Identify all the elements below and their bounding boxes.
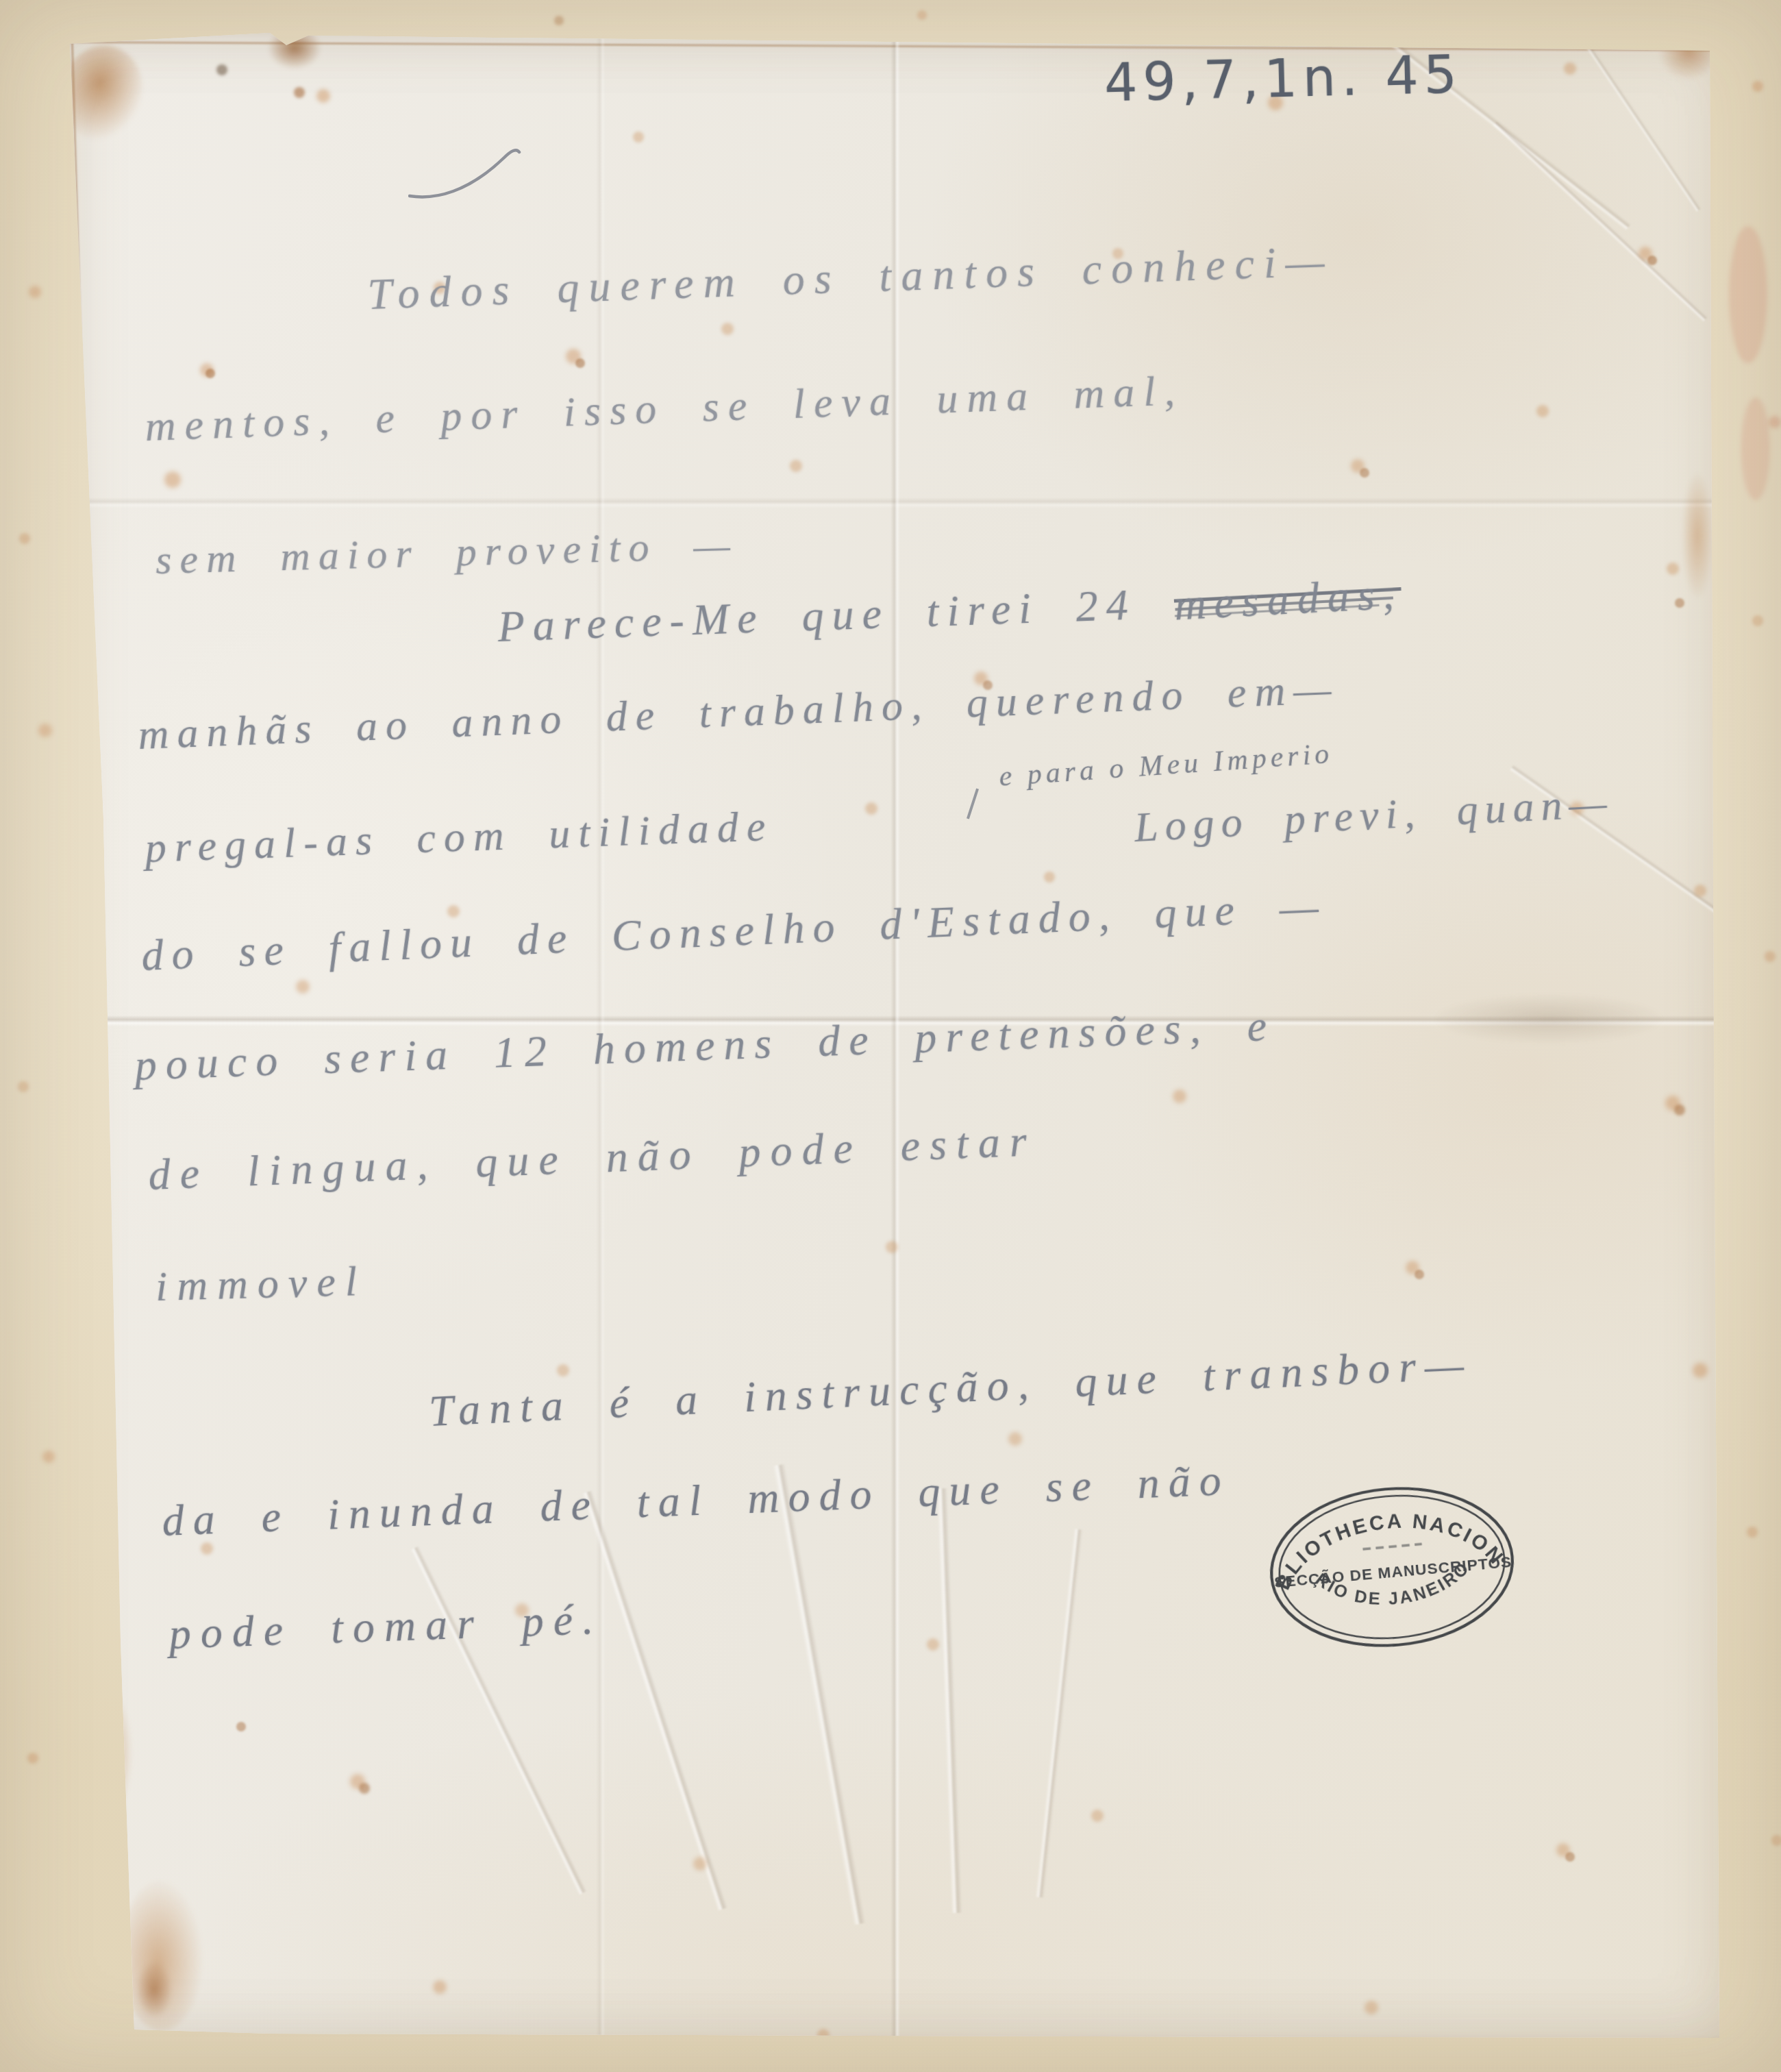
top-edge-stain — [269, 27, 321, 69]
right-edge-stain — [1682, 474, 1713, 597]
paper-left-edge — [71, 42, 129, 2032]
fan-crease — [936, 1488, 962, 1913]
top-right-stain — [1659, 25, 1718, 79]
mat-foxing-spots — [0, 0, 8, 8]
interlinear-insertion: e para o Meu Imperio — [998, 737, 1334, 793]
manuscript-line-3: sem maior proveito — — [155, 521, 738, 584]
bottom-left-stain — [93, 1695, 132, 1812]
line-4-text: Parece-Me que tirei 24 — [497, 580, 1136, 651]
manuscript-line-1: Todos querem os tantos conheci— — [366, 236, 1334, 320]
catalog-number: 49,7,1n. 45 — [1104, 44, 1463, 114]
letter-paper: Todos querem os tantos conheci— mentos, … — [66, 30, 1726, 2042]
wrinkle — [1493, 121, 1708, 322]
pencil-squiggle — [408, 143, 532, 211]
crease-shadow-stain — [1436, 995, 1662, 1043]
insertion-caret — [967, 789, 979, 819]
manuscript-line-13: pode tomar pé. — [168, 1594, 603, 1660]
mat-smudge — [1741, 397, 1770, 500]
manuscript-line-8: pouco seria 12 homens de pretensões, e — [134, 1000, 1276, 1091]
fan-crease — [1035, 1529, 1082, 1897]
struck-out-word: mesadas, — [1173, 568, 1403, 630]
corner-stain — [50, 37, 153, 150]
manuscript-line-6-left: pregal-as com utilidade — [145, 802, 775, 873]
library-stamp: BIBLIOTHECA NACIONAL SECÇÃO DE MANUSCRIP… — [1255, 1469, 1530, 1665]
manuscript-line-7: do se fallou de Conselho d'Estado, que — — [140, 881, 1328, 981]
mat-smudge — [1729, 226, 1767, 363]
bottom-left-stain-core — [137, 1962, 171, 2017]
manuscript-line-6-right: Logo previ, quan— — [1133, 778, 1615, 852]
stamp-divider — [1362, 1544, 1421, 1550]
manuscript-line-10: immovel — [155, 1257, 367, 1311]
foxing-spots-dark — [66, 30, 74, 38]
fan-crease — [773, 1464, 866, 1925]
manuscript-line-12: da e inunda de tal modo que se não — [161, 1455, 1231, 1546]
foxing-spots-light — [66, 30, 74, 38]
manuscript-line-9: de lingua, que não pode estar — [147, 1115, 1037, 1200]
manuscript-photo: Todos querem os tantos conheci— mentos, … — [0, 0, 1781, 2072]
manuscript-line-11: Tanta é a instrucção, que transbor— — [428, 1339, 1474, 1437]
manuscript-line-2: mentos, e por isso se leva uma mal, — [145, 367, 1185, 452]
manuscript-line-5: manhãs ao anno de trabalho, querendo em— — [137, 665, 1340, 760]
manuscript-line-4: Parece-Me que tirei 24mesadas, — [497, 570, 1402, 652]
